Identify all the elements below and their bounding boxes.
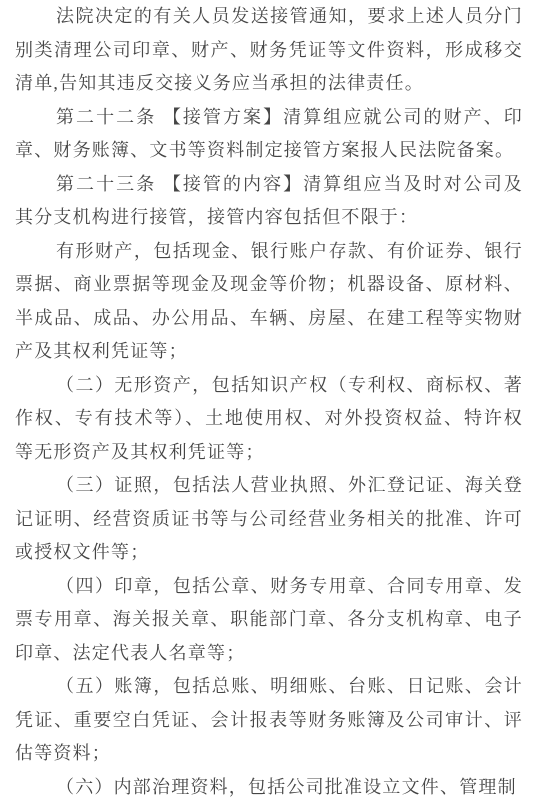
paragraph: 第二十三条 【接管的内容】清算组应当及时对公司及其分支机构进行接管，接管内容包括… <box>15 168 523 235</box>
text-line: 第二十二条 【接管方案】清算组应就公司的财产、印 <box>15 101 523 135</box>
text-line: 别类清理公司印章、财产、财务凭证等文件资料，形成移交 <box>15 34 523 68</box>
text-line: 票据、商业票据等现金及现金等价物；机器设备、原材料、 <box>15 268 523 302</box>
paragraph: （五）账簿，包括总账、明细账、台账、日记账、会计凭证、重要空白凭证、会计报表等财… <box>15 670 523 771</box>
paragraph: 法院决定的有关人员发送接管通知，要求上述人员分门别类清理公司印章、财产、财务凭证… <box>15 0 523 101</box>
text-line: 作权、专有技术等）、土地使用权、对外投资权益、特许权 <box>15 402 523 436</box>
text-line: （二）无形资产，包括知识产权（专利权、商标权、著 <box>15 369 523 403</box>
text-line: 等无形资产及其权利凭证等； <box>15 436 523 470</box>
text-line: 有形财产，包括现金、银行账户存款、有价证券、银行 <box>15 235 523 269</box>
text-line: 印章、法定代表人名章等； <box>15 637 523 671</box>
document-page: 法院决定的有关人员发送接管通知，要求上述人员分门别类清理公司印章、财产、财务凭证… <box>0 0 537 805</box>
paragraph: （四）印章，包括公章、财务专用章、合同专用章、发票专用章、海关报关章、职能部门章… <box>15 570 523 671</box>
text-line: （三）证照，包括法人营业执照、外汇登记证、海关登 <box>15 469 523 503</box>
text-line: 或授权文件等； <box>15 536 523 570</box>
text-line: （六）内部治理资料，包括公司批准设立文件、管理制 <box>15 771 523 805</box>
text-line: 其分支机构进行接管，接管内容包括但不限于： <box>15 201 523 235</box>
text-line: 法院决定的有关人员发送接管通知，要求上述人员分门 <box>15 0 523 34</box>
paragraph: 第二十二条 【接管方案】清算组应就公司的财产、印章、财务账簿、文书等资料制定接管… <box>15 101 523 168</box>
text-line: 第二十三条 【接管的内容】清算组应当及时对公司及 <box>15 168 523 202</box>
paragraph: 有形财产，包括现金、银行账户存款、有价证券、银行票据、商业票据等现金及现金等价物… <box>15 235 523 369</box>
text-line: 估等资料； <box>15 737 523 771</box>
text-line: 章、财务账簿、文书等资料制定接管方案报人民法院备案。 <box>15 134 523 168</box>
paragraph: （二）无形资产，包括知识产权（专利权、商标权、著作权、专有技术等）、土地使用权、… <box>15 369 523 470</box>
paragraph: （六）内部治理资料，包括公司批准设立文件、管理制 <box>15 771 523 805</box>
text-line: 产及其权利凭证等； <box>15 335 523 369</box>
text-line: （五）账簿，包括总账、明细账、台账、日记账、会计 <box>15 670 523 704</box>
text-line: 票专用章、海关报关章、职能部门章、各分支机构章、电子 <box>15 603 523 637</box>
text-line: 半成品、成品、办公用品、车辆、房屋、在建工程等实物财 <box>15 302 523 336</box>
text-line: （四）印章，包括公章、财务专用章、合同专用章、发 <box>15 570 523 604</box>
paragraph: （三）证照，包括法人营业执照、外汇登记证、海关登记证明、经营资质证书等与公司经营… <box>15 469 523 570</box>
text-line: 记证明、经营资质证书等与公司经营业务相关的批准、许可 <box>15 503 523 537</box>
text-line: 凭证、重要空白凭证、会计报表等财务账簿及公司审计、评 <box>15 704 523 738</box>
text-line: 清单,告知其违反交接义务应当承担的法律责任。 <box>15 67 523 101</box>
